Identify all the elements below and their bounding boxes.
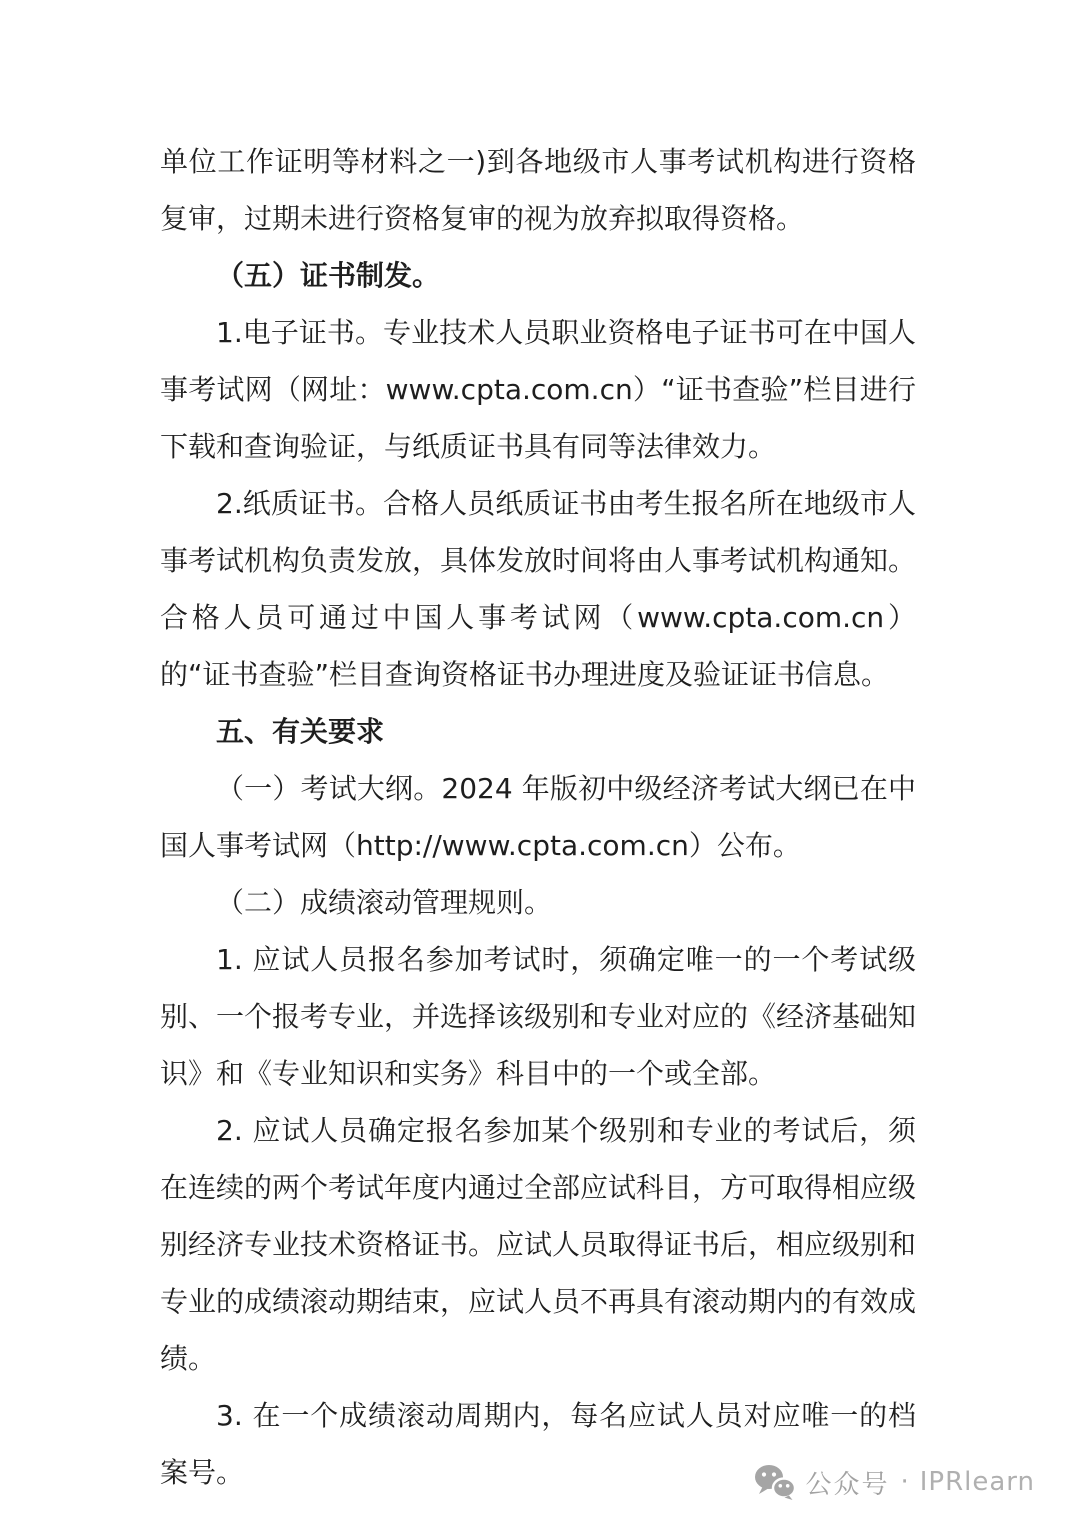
paragraph-score-rolling-rules-title: （二）成绩滚动管理规则。 [160,874,916,931]
paragraph-rolling-rule-2: 2. 应试人员确定报名参加某个级别和专业的考试后，须在连续的两个考试年度内通过全… [160,1102,916,1387]
wechat-icon [754,1464,796,1500]
document-page: 单位工作证明等材料之一)到各地级市人事考试机构进行资格复审，过期未进行资格复审的… [0,0,1080,1527]
paragraph-paper-certificate: 2.纸质证书。合格人员纸质证书由考生报名所在地级市人事考试机构负责发放，具体发放… [160,475,916,703]
document-body: 单位工作证明等材料之一)到各地级市人事考试机构进行资格复审，过期未进行资格复审的… [160,133,916,1501]
watermark-account: IPRlearn [920,1467,1035,1497]
heading-certificate-issuance: （五）证书制发。 [160,247,916,304]
heading-related-requirements: 五、有关要求 [160,703,916,760]
watermark: 公众号 · IPRlearn [754,1462,1035,1502]
paragraph-rolling-rule-1: 1. 应试人员报名参加考试时，须确定唯一的一个考试级别、一个报考专业，并选择该级… [160,931,916,1102]
watermark-label: 公众号 [805,1464,889,1501]
paragraph-exam-outline: （一）考试大纲。2024 年版初中级经济考试大纲已在中国人事考试网（http:/… [160,760,916,874]
paragraph-review-continuation: 单位工作证明等材料之一)到各地级市人事考试机构进行资格复审，过期未进行资格复审的… [160,133,916,247]
paragraph-electronic-certificate: 1.电子证书。专业技术人员职业资格电子证书可在中国人事考试网（网址：www.cp… [160,304,916,475]
watermark-separator: · [898,1467,910,1497]
